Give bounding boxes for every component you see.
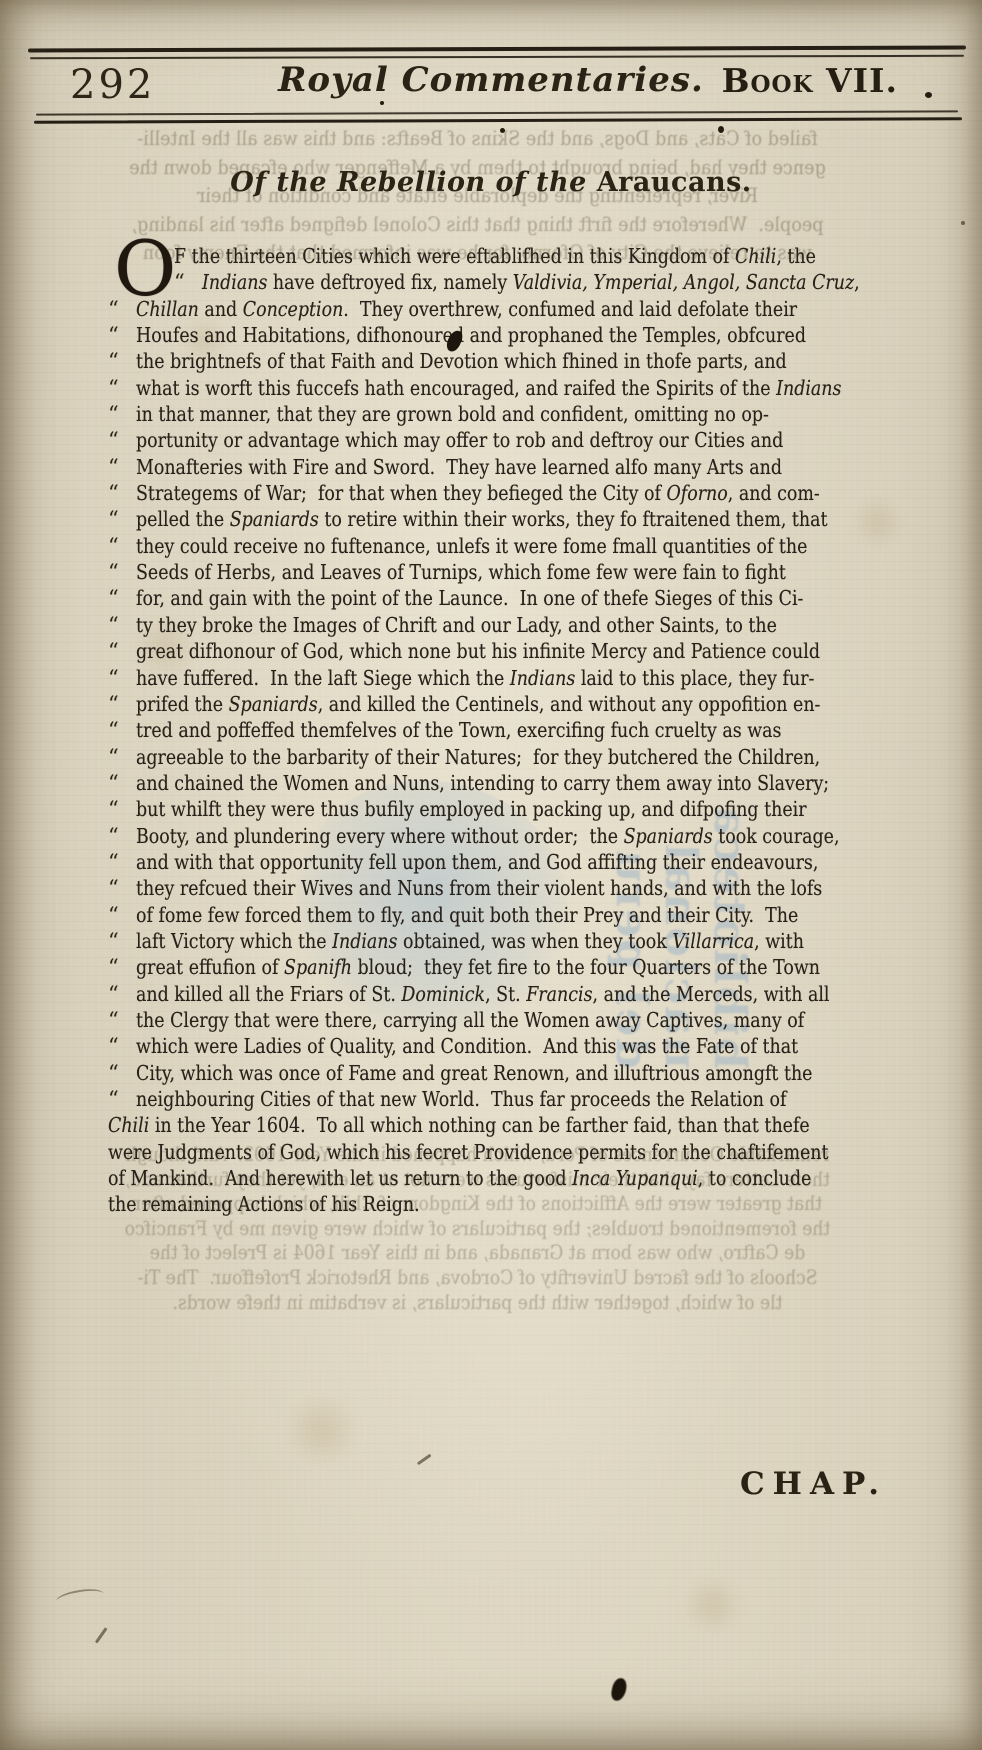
body-line-text: of fome few forced them to fly, and quit… (136, 902, 798, 928)
body-line-text: have fuffered. In the laft Siege which t… (136, 665, 814, 691)
body-line-text: Indians have deftroyed fix, namely Valdi… (202, 269, 860, 295)
body-line-text: pelled the Spaniards to retire within th… (136, 506, 828, 532)
pen-mark (95, 1627, 107, 1643)
body-line-text: the remaining Actions of his Reign. (108, 1191, 420, 1217)
ink-speck (961, 221, 965, 225)
body-line: “portunity or advantage which may offer … (108, 427, 928, 453)
quote-mark: “ (108, 401, 136, 427)
body-line-text: F the thirteen Cities which were eftabli… (174, 243, 816, 269)
body-line-text: ty they broke the Images of Chrift and o… (136, 612, 777, 638)
body-line: “which were Ladies of Quality, and Condi… (108, 1033, 928, 1059)
body-line-text: laft Victory which the Indians obtained,… (136, 928, 804, 954)
quote-mark: “ (108, 612, 136, 638)
body-line: “Houfes and Habitations, difhonoured and… (108, 322, 928, 348)
body-line-text: great difhonour of God, which none but h… (136, 638, 820, 664)
body-line-text: Booty, and plundering every where withou… (136, 823, 839, 849)
body-line: “but whilft they were thus bufily employ… (108, 796, 928, 822)
body-line: “for, and gain with the point of the Lau… (108, 585, 928, 611)
body-line-text: neighbouring Cities of that new World. T… (136, 1086, 786, 1112)
bleed-line: the forementioned troubles; the particul… (119, 1217, 836, 1242)
body-line-text: and killed all the Friars of St. Dominic… (136, 981, 829, 1007)
quote-mark: “ (108, 717, 136, 743)
quote-mark: “ (108, 954, 136, 980)
body-lines: F the thirteen Cities which were eftabli… (108, 243, 928, 1218)
quote-mark: “ (174, 269, 202, 295)
quote-mark: “ (108, 638, 136, 664)
body-line: “Indians have deftroyed fix, namely Vald… (108, 269, 928, 295)
quote-mark: “ (108, 902, 136, 928)
quote-mark: “ (108, 533, 136, 559)
header-rule-top-1 (28, 46, 966, 52)
header-rule-bottom-2 (34, 117, 962, 124)
quote-mark: “ (108, 506, 136, 532)
body-line: “Strategems of War; for that when they b… (108, 480, 928, 506)
section-title-roman: Araucans. (597, 167, 752, 198)
quote-mark: “ (108, 691, 136, 717)
body-line: of Mankind. And herewith let us return t… (108, 1165, 928, 1191)
body-line: “prifed the Spaniards, and killed the Ce… (108, 691, 928, 717)
quote-mark: “ (108, 1007, 136, 1033)
body-line-text: great effufion of Spanifh bloud; they fe… (136, 954, 820, 980)
quote-mark: “ (108, 875, 136, 901)
body-line-text: City, which was once of Fame and great R… (136, 1060, 813, 1086)
body-line-text: tred and poffeffed themfelves of the Tow… (136, 717, 781, 743)
pen-squiggle (55, 1586, 105, 1608)
quote-mark: “ (108, 559, 136, 585)
ink-blot (610, 1677, 628, 1702)
quote-mark: “ (108, 1086, 136, 1112)
catchword: CHAP. (740, 1466, 887, 1502)
quote-mark: “ (108, 585, 136, 611)
body-line: “Seeds of Herbs, and Leaves of Turnips, … (108, 559, 928, 585)
body-line: “neighbouring Cities of that new World. … (108, 1086, 928, 1112)
quote-mark: “ (108, 981, 136, 1007)
body-line-text: Houfes and Habitations, difhonoured and … (136, 322, 806, 348)
body-line: “great effufion of Spanifh bloud; they f… (108, 954, 928, 980)
book-page-scan: failed of Cats, and Dogs, and the Skins … (0, 0, 982, 1750)
body-line: “pelled the Spaniards to retire within t… (108, 506, 928, 532)
body-line-text: the brightnefs of that Faith and Devotio… (136, 348, 787, 374)
body-line-text: but whilft they were thus bufily employe… (136, 796, 807, 822)
body-line: “have fuffered. In the laft Siege which … (108, 665, 928, 691)
body-line-text: and chained the Women and Nuns, intendin… (136, 770, 829, 796)
body-line: “tred and poffeffed themfelves of the To… (108, 717, 928, 743)
body-line-text: were Judgments of God, which his fecret … (108, 1139, 829, 1165)
quote-mark: “ (108, 322, 136, 348)
fox-spot (280, 1400, 365, 1460)
section-title: Of the Rebellion of the Araucans. (0, 167, 982, 198)
body-line: “they refcued their Wives and Nuns from … (108, 875, 928, 901)
quote-mark: “ (108, 375, 136, 401)
body-text: O F the thirteen Cities which were eftab… (108, 243, 928, 1218)
quote-mark: “ (108, 849, 136, 875)
body-line-text: they refcued their Wives and Nuns from t… (136, 875, 822, 901)
header-rule-bottom-1 (36, 110, 958, 115)
quote-mark: “ (108, 744, 136, 770)
body-line: “of fome few forced them to fly, and qui… (108, 902, 928, 928)
body-line: “Chillan and Conception. They overthrew,… (108, 296, 928, 322)
body-line: “laft Victory which the Indians obtained… (108, 928, 928, 954)
ink-speck (380, 101, 384, 105)
pen-mark (417, 1454, 432, 1465)
body-line-text: which were Ladies of Quality, and Condit… (136, 1033, 798, 1059)
body-line: “Booty, and plundering every where witho… (108, 823, 928, 849)
quote-mark: “ (108, 454, 136, 480)
body-line: Chili in the Year 1604. To all which not… (108, 1112, 928, 1138)
drop-cap: O (114, 241, 176, 297)
quote-mark: “ (108, 796, 136, 822)
body-line-text: of Mankind. And herewith let us return t… (108, 1165, 811, 1191)
body-line: F the thirteen Cities which were eftabli… (108, 243, 928, 269)
body-line-text: what is worft this fuccefs hath encourag… (136, 375, 841, 401)
body-line: “great difhonour of God, which none but … (108, 638, 928, 664)
body-line: “City, which was once of Fame and great … (108, 1060, 928, 1086)
quote-mark: “ (108, 928, 136, 954)
body-line-text: and with that opportunity fell upon them… (136, 849, 818, 875)
body-line: the remaining Actions of his Reign. (108, 1191, 928, 1217)
quote-mark: “ (108, 1060, 136, 1086)
quote-mark: “ (108, 665, 136, 691)
body-line: “ty they broke the Images of Chrift and … (108, 612, 928, 638)
quote-mark: “ (108, 770, 136, 796)
body-line: “they could receive no fuftenance, unlef… (108, 533, 928, 559)
ink-speck (718, 126, 724, 133)
body-line: “and with that opportunity fell upon the… (108, 849, 928, 875)
body-line-text: agreeable to the barbarity of their Natu… (136, 744, 820, 770)
body-line-text: prifed the Spaniards, and killed the Cen… (136, 691, 820, 717)
header-rule-top-2 (30, 55, 964, 59)
body-line-text: the Clergy that were there, carrying all… (136, 1007, 804, 1033)
body-line: “agreeable to the barbarity of their Nat… (108, 744, 928, 770)
quote-mark: “ (108, 480, 136, 506)
body-line-text: Monafteries with Fire and Sword. They ha… (136, 454, 782, 480)
fox-spot (680, 1580, 745, 1630)
body-line-text: Chillan and Conception. They overthrew, … (136, 296, 797, 322)
bleed-line: de Caftro, who was born at Granada, and … (119, 1241, 836, 1266)
body-line: “the brightnefs of that Faith and Devoti… (108, 348, 928, 374)
book-label: Book VII. (722, 61, 898, 100)
body-line-text: portunity or advantage which may offer t… (136, 427, 783, 453)
body-line-text: Strategems of War; for that when they be… (136, 480, 820, 506)
quote-mark: “ (108, 427, 136, 453)
bleed-line: people. Wherefore the firft thing that t… (119, 210, 836, 239)
body-line-text: they could receive no fuftenance, unlefs… (136, 533, 807, 559)
bleed-line: Schools of the facred Univerfity of Cord… (119, 1266, 836, 1291)
body-line: “and killed all the Friars of St. Domini… (108, 981, 928, 1007)
body-line-text: Chili in the Year 1604. To all which not… (108, 1112, 810, 1138)
quote-mark: “ (108, 348, 136, 374)
body-line: “and chained the Women and Nuns, intendi… (108, 770, 928, 796)
ink-speck (925, 92, 932, 98)
section-title-italic: Of the Rebellion of the (230, 167, 587, 198)
body-line: “in that manner, that they are grown bol… (108, 401, 928, 427)
body-line: were Judgments of God, which his fecret … (108, 1139, 928, 1165)
bleed-line: tle of which, together with the particul… (119, 1291, 836, 1316)
body-line-text: in that manner, that they are grown bold… (136, 401, 769, 427)
body-line-text: Seeds of Herbs, and Leaves of Turnips, w… (136, 559, 786, 585)
ink-speck (500, 128, 505, 133)
quote-mark: “ (108, 1033, 136, 1059)
body-line: “the Clergy that were there, carrying al… (108, 1007, 928, 1033)
body-line: “what is worft this fuccefs hath encoura… (108, 375, 928, 401)
quote-mark: “ (108, 823, 136, 849)
body-line: “Monafteries with Fire and Sword. They h… (108, 454, 928, 480)
bleed-line: failed of Cats, and Dogs, and the Skins … (119, 124, 836, 153)
body-line-text: for, and gain with the point of the Laun… (136, 585, 803, 611)
